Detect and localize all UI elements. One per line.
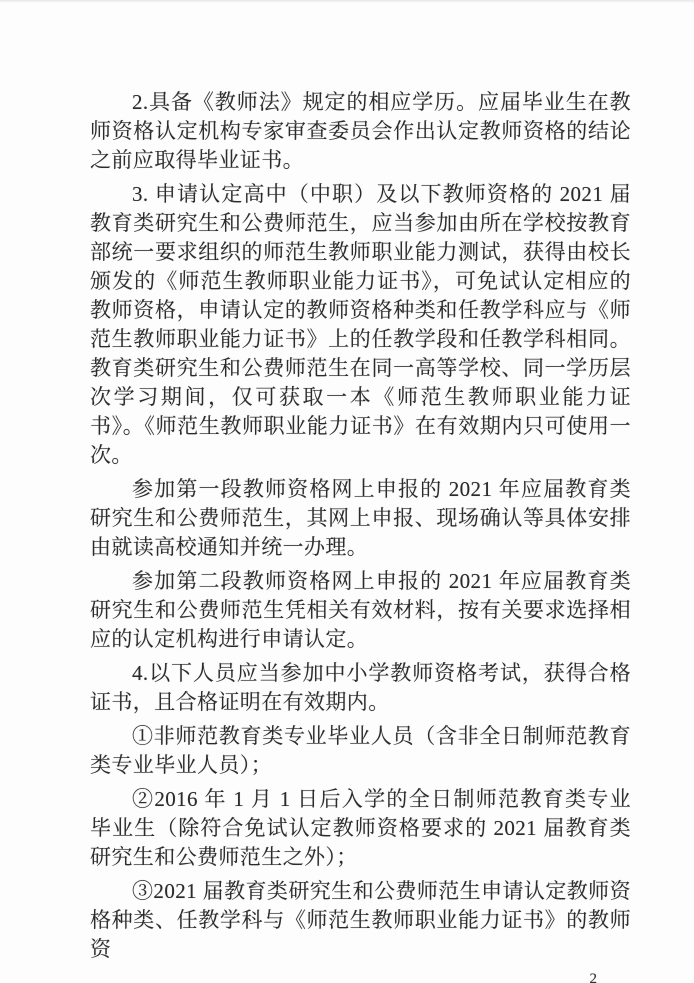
scan-speck xyxy=(574,887,577,890)
document-paragraph: ③2021 届教育类研究生和公费师范生申请认定教师资格种类、任教学科与《师范生教… xyxy=(90,877,631,964)
document-paragraph: 2.具备《教师法》规定的相应学历。应届毕业生在教师资格认定机构专家审查委员会作出… xyxy=(90,88,631,175)
page-number: 2 xyxy=(90,969,631,983)
document-paragraph: 4.以下人员应当参加中小学教师资格考试，获得合格证书，且合格证明在有效期内。 xyxy=(90,659,631,717)
document-page: 2.具备《教师法》规定的相应学历。应届毕业生在教师资格认定机构专家审查委员会作出… xyxy=(0,0,694,983)
document-paragraph: ②2016 年 1 月 1 日后入学的全日制师范教育类专业毕业生（除符合免试认定… xyxy=(90,785,631,872)
document-body: 2.具备《教师法》规定的相应学历。应届毕业生在教师资格认定机构专家审查委员会作出… xyxy=(90,88,631,983)
document-paragraph: ①非师范教育类专业毕业人员（含非全日制师范教育类专业毕业人员）； xyxy=(90,722,631,780)
document-paragraph: 参加第二段教师资格网上申报的 2021 年应届教育类研究生和公费师范生凭相关有效… xyxy=(90,567,631,654)
document-paragraph: 3. 申请认定高中（中职）及以下教师资格的 2021 届教育类研究生和公费师范生… xyxy=(90,180,631,470)
document-paragraph: 参加第一段教师资格网上申报的 2021 年应届教育类研究生和公费师范生，其网上申… xyxy=(90,475,631,562)
